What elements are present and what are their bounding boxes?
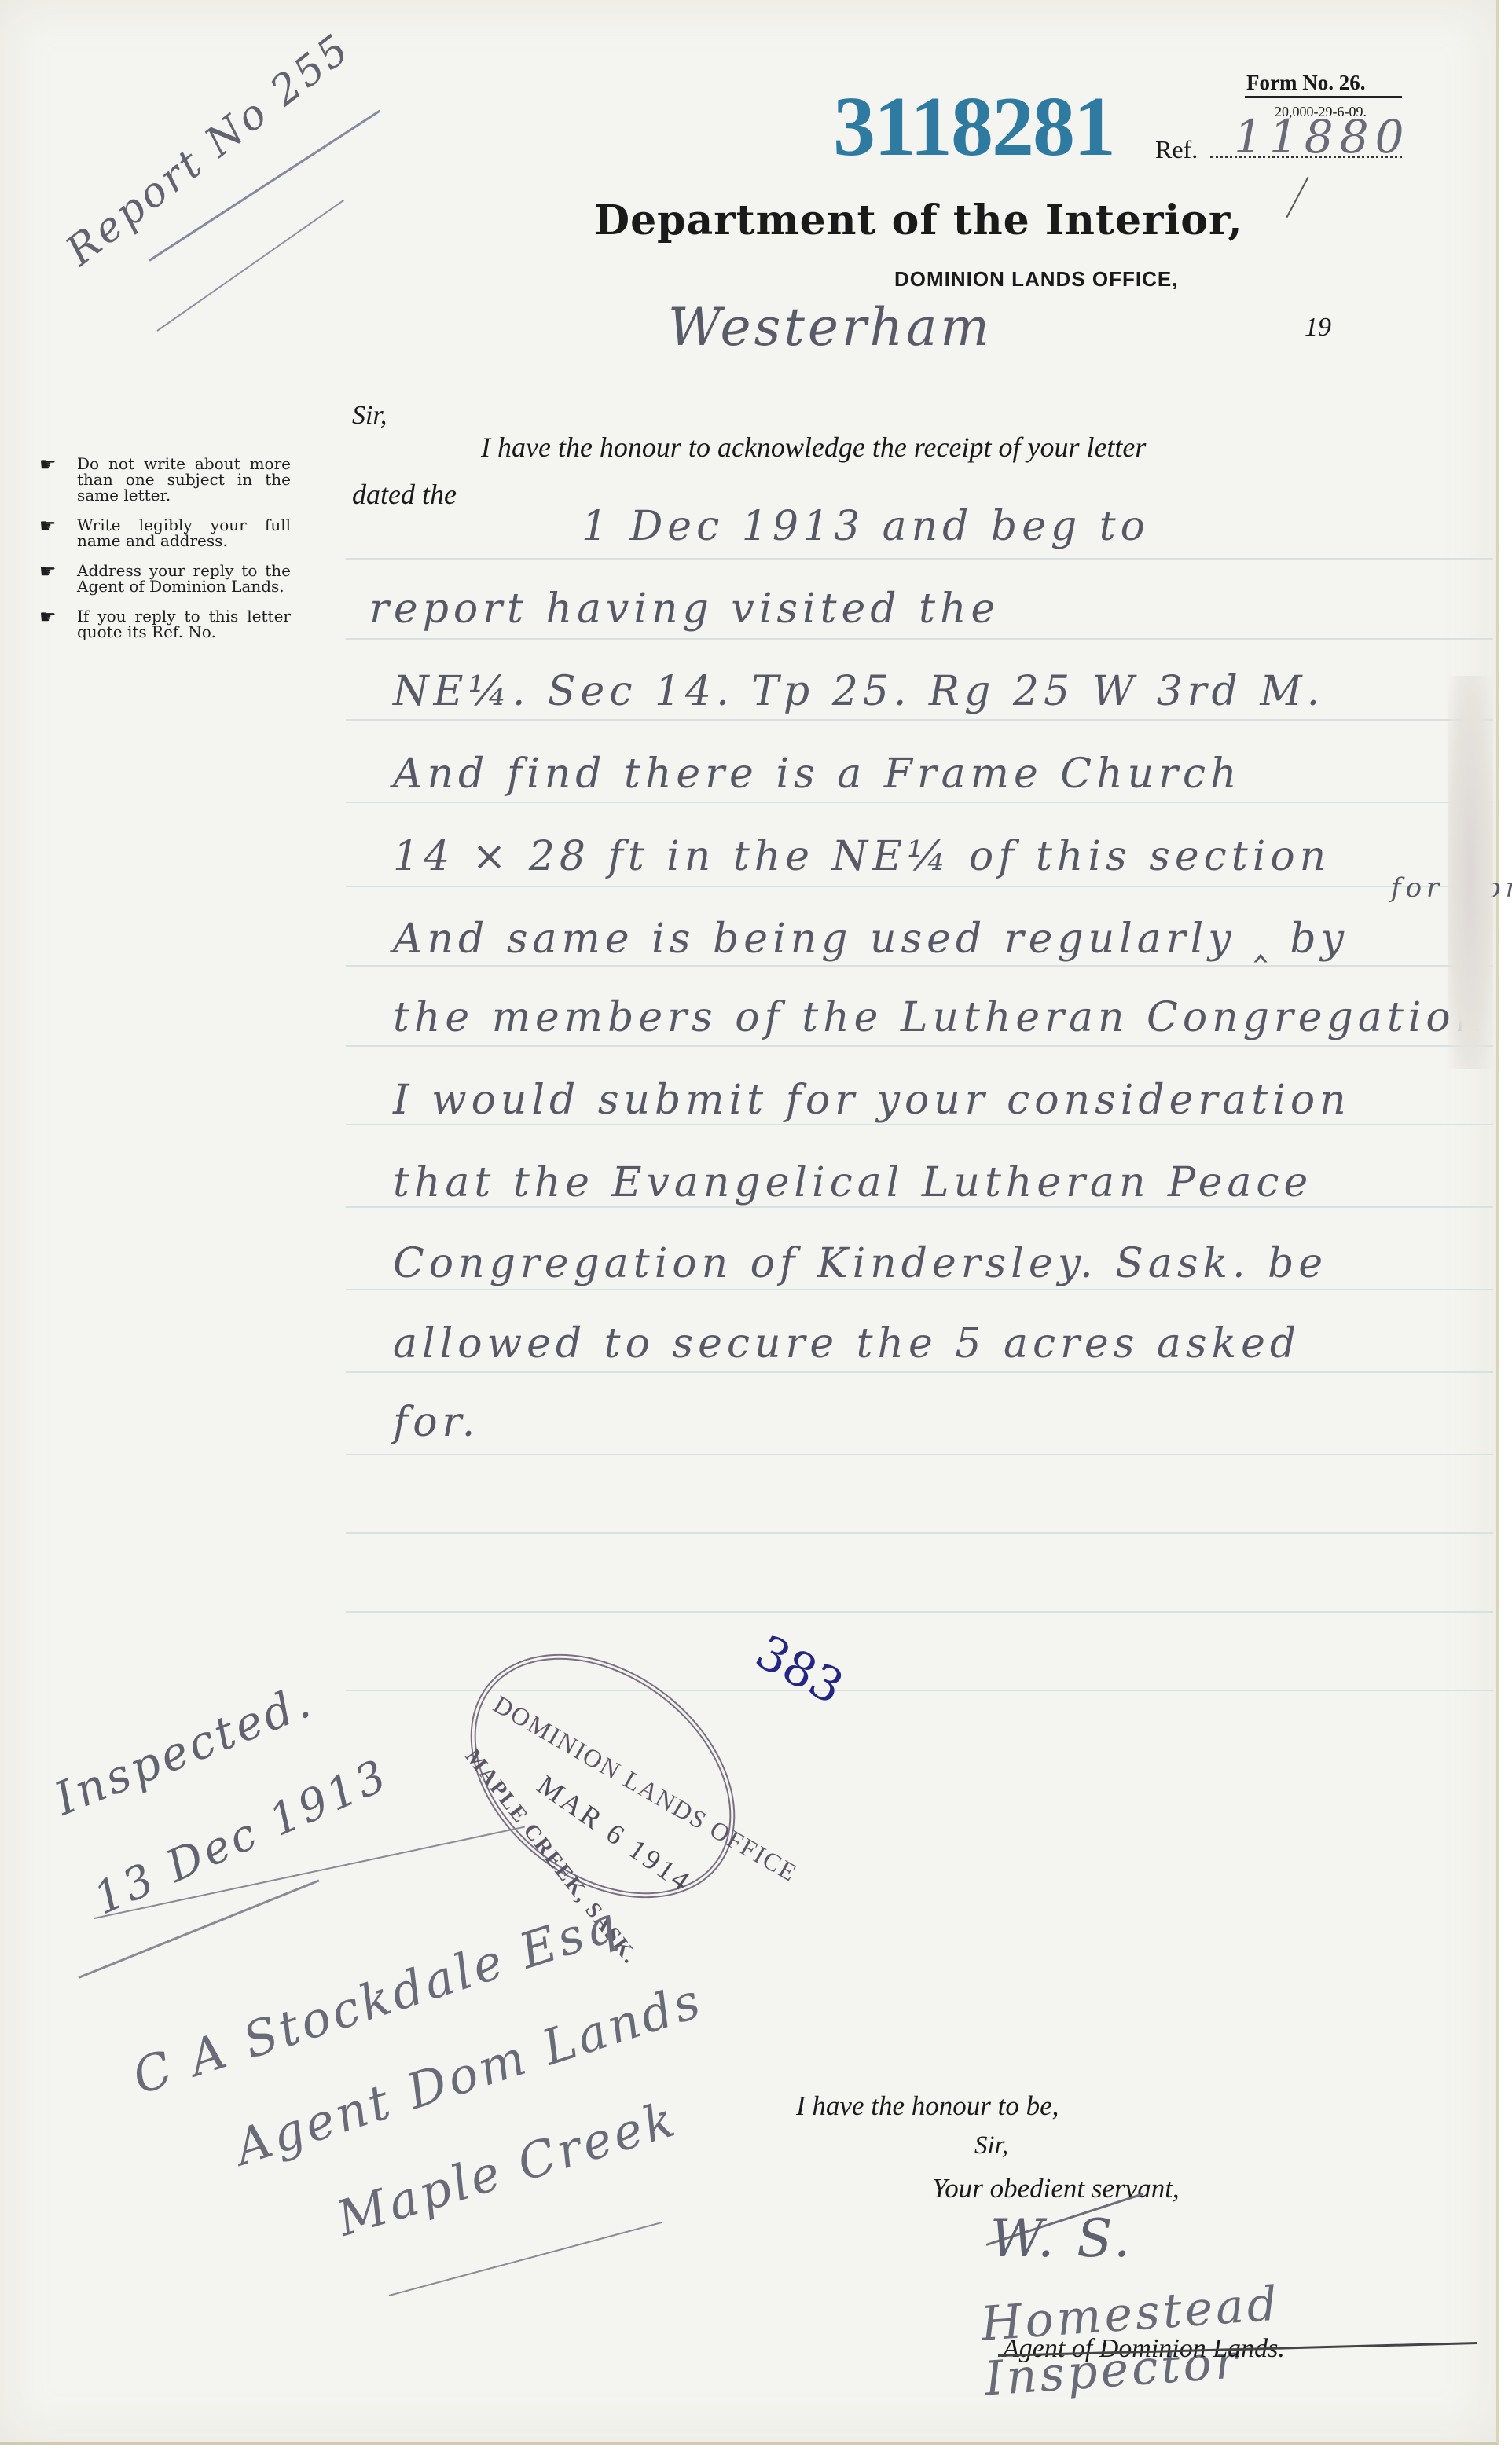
- instructions-sidebar: ☛ Do not write about more than one subje…: [39, 456, 291, 654]
- ruled-line: [346, 1206, 1493, 1208]
- ruled-line: [346, 965, 1493, 967]
- ruled-line: [346, 638, 1493, 640]
- closing-line-3: Your obedient servant,: [932, 2173, 1180, 2204]
- report-underline-2: [156, 200, 344, 332]
- file-number: 383: [747, 1624, 852, 1716]
- pointing-hand-icon: ☛: [39, 457, 57, 472]
- handwritten-line: 14 × 28 ft in the NE¼ of this section: [393, 833, 1330, 880]
- pointing-hand-icon: ☛: [39, 564, 57, 578]
- year-prefix: 19: [1305, 313, 1331, 343]
- pointing-hand-icon: ☛: [39, 610, 57, 624]
- place-of-writing: Westerham: [668, 297, 993, 358]
- closing-line-2: Sir,: [974, 2131, 1008, 2160]
- ref-label: Ref.: [1155, 135, 1198, 164]
- form-number-underline: [1245, 96, 1402, 98]
- department-title: Department of the Interior,: [594, 196, 1243, 244]
- report-number-annotation: Report No 255: [57, 24, 360, 275]
- ruled-line: [346, 1454, 1493, 1455]
- ruled-line: [346, 1045, 1493, 1047]
- instruction-note: ☛ Address your reply to the Agent of Dom…: [39, 563, 291, 594]
- handwritten-line: NE¼. Sec 14. Tp 25. Rg 25 W 3rd M.: [393, 668, 1324, 715]
- ruled-line: [346, 558, 1493, 560]
- instruction-note: ☛ If you reply to this letter quote its …: [39, 608, 291, 640]
- handwritten-line: for.: [393, 1399, 479, 1446]
- document-number-stamp: 3118281: [833, 79, 1114, 176]
- ruled-line: [346, 1611, 1493, 1613]
- handwritten-line: allowed to secure the 5 acres asked: [393, 1320, 1301, 1367]
- instruction-note: ☛ Write legibly your full name and addre…: [39, 517, 291, 549]
- ruled-line: [346, 1371, 1493, 1373]
- handwritten-line: And find there is a Frame Church: [393, 751, 1242, 798]
- handwritten-line: 1 Dec 1913 and beg to: [582, 503, 1150, 550]
- signature: W. S.: [990, 2208, 1133, 2269]
- handwritten-line: And same is being used regularly ‸ by: [393, 916, 1349, 963]
- closing-line-1: I have the honour to be,: [796, 2090, 1059, 2122]
- dated-label: dated the: [352, 478, 457, 511]
- pointing-hand-icon: ☛: [39, 519, 57, 533]
- salutation: Sir,: [352, 401, 387, 431]
- ruled-line: [346, 1532, 1493, 1534]
- paper-edge-damage: [1448, 676, 1493, 1069]
- ruled-line: [346, 802, 1493, 803]
- addressee-rule-bottom: [389, 2222, 662, 2296]
- handwritten-line: that the Evangelical Lutheran Peace: [393, 1159, 1312, 1206]
- form-number: Form No. 26.: [1246, 71, 1365, 95]
- ruled-line: [346, 1289, 1493, 1290]
- handwritten-line: Congregation of Kindersley. Sask. be: [393, 1240, 1327, 1287]
- handwritten-line: report having visited the: [369, 585, 1000, 633]
- instruction-note: ☛ Do not write about more than one subje…: [39, 456, 291, 503]
- handwritten-line: the members of the Lutheran Congregation: [393, 994, 1486, 1041]
- ruled-line: [346, 1124, 1493, 1125]
- handwritten-line: I would submit for your consideration: [393, 1077, 1351, 1124]
- check-mark: [1286, 177, 1309, 218]
- letter-page: Form No. 26. 20,000-29-6-09. 3118281 Ref…: [0, 0, 1499, 2445]
- ref-value: 11880: [1234, 110, 1411, 163]
- acknowledgement-text: I have the honour to acknowledge the rec…: [481, 431, 1146, 464]
- ruled-line: [346, 719, 1493, 721]
- office-name: DOMINION LANDS OFFICE,: [894, 267, 1178, 292]
- ruled-line: [346, 886, 1493, 887]
